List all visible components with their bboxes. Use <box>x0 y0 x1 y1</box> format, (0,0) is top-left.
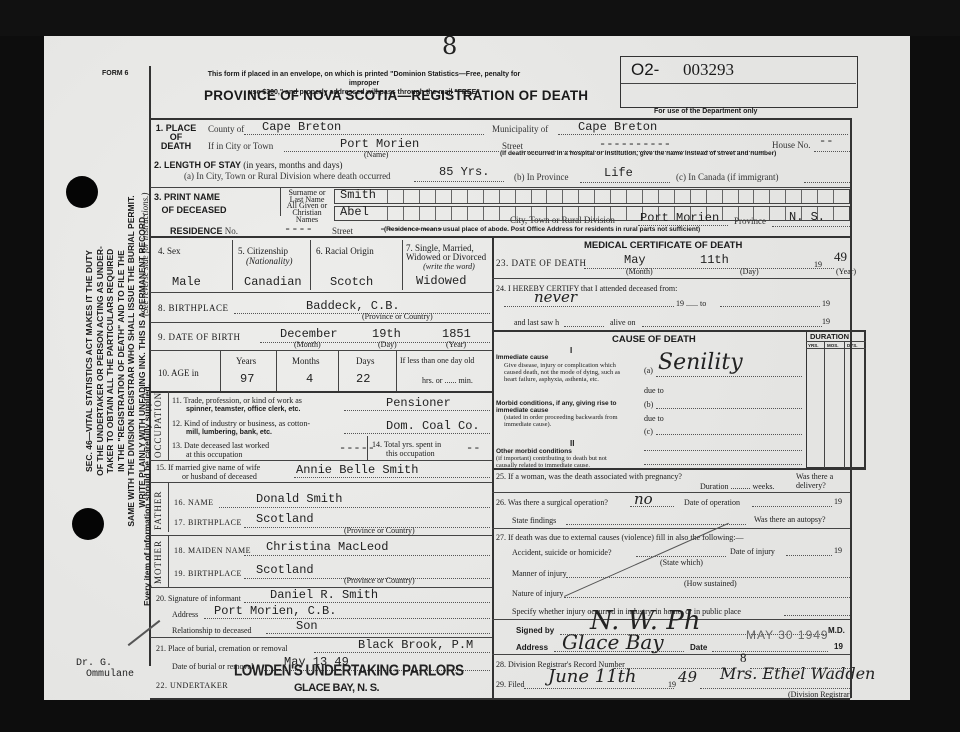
city-value: Port Morien <box>340 137 419 151</box>
hospital-note: (If death occurred in a hospital or inst… <box>500 150 776 157</box>
dob-day-value: 19th <box>372 327 401 341</box>
registration-number-box: O2- 003293 <box>620 56 858 108</box>
father-birthplace-value: Scotland <box>256 512 314 526</box>
undertaker-stamp: LOWDEN'S UNDERTAKING PARLORS <box>234 662 463 679</box>
municipality-value: Cape Breton <box>578 120 657 134</box>
dob-month-value: December <box>280 327 338 341</box>
age-months-value: 4 <box>306 372 313 386</box>
place-of-death-label: 1. PLACEOFDEATH <box>154 124 198 151</box>
last-worked-value: ----- <box>339 441 375 455</box>
industry-value: Dom. Coal Co. <box>386 419 480 433</box>
immediate-cause-value: Senility <box>658 350 743 375</box>
municipality-label: Municipality of <box>492 124 548 134</box>
sex-value: Male <box>172 275 201 289</box>
stay-city-value: 85 Yrs. <box>439 165 489 179</box>
registrar-signature: Mrs. Ethel Wadden <box>720 664 875 683</box>
mother-birthplace-value: Scotland <box>256 563 314 577</box>
dob-year-value: 1851 <box>442 327 471 341</box>
citizenship-value: Canadian <box>244 275 302 289</box>
check-mark <box>128 620 161 646</box>
informant-value: Daniel R. Smith <box>270 588 378 602</box>
dod-day-value: 11th <box>700 253 729 267</box>
house-value: -- <box>819 134 833 148</box>
father-name-value: Donald Smith <box>256 492 342 506</box>
medical-certificate-title: MEDICAL CERTIFICATE OF DEATH <box>584 240 742 251</box>
cause-of-death-title: CAUSE OF DEATH <box>612 334 696 345</box>
margin-note: Dr. G. Ommulane <box>76 658 134 680</box>
scan-top-edge <box>0 0 960 36</box>
residence-no-value: ---- <box>284 222 313 236</box>
marital-status-value: Widowed <box>416 274 466 288</box>
age-days-value: 22 <box>356 372 370 386</box>
supplied-note: Every item of information should be care… <box>142 384 152 606</box>
marital-status-label: 7. Single, Married, Widowed or Divorced … <box>406 244 492 271</box>
street-value: ---------- <box>599 137 671 151</box>
length-of-stay-label: 2. LENGTH OF STAY (in years, months and … <box>154 160 343 170</box>
filed-date-value: June 11th <box>548 666 637 687</box>
county-value: Cape Breton <box>262 120 341 134</box>
form-title: PROVINCE OF NOVA SCOTIA—REGISTRATION OF … <box>204 88 588 103</box>
statute-text: SEC. 46—VITAL STATISTICS ACT MAKES IT TH… <box>84 126 147 596</box>
residence-province-value: N. S. <box>789 210 825 224</box>
filed-year-value: 49 <box>678 668 697 686</box>
burial-place-value: Black Brook, P.M <box>358 638 473 652</box>
father-section-label: FATHER <box>153 491 163 530</box>
dod-month-value: May <box>624 253 646 267</box>
death-registration-form: 8 FORM 6 SEC. 46—VITAL STATISTICS ACT MA… <box>44 36 910 700</box>
surname-value: Smith <box>340 188 376 202</box>
relationship-value: Son <box>296 619 318 633</box>
duration-table <box>806 330 866 468</box>
city-label: If in City or Town <box>208 141 273 151</box>
racial-origin-value: Scotch <box>330 275 373 289</box>
given-name-value: Abel <box>340 205 369 219</box>
residence-label: RESIDENCE <box>170 226 223 236</box>
age-years-value: 97 <box>240 372 254 386</box>
registration-prefix: O2- <box>631 60 659 80</box>
dod-year-value: 49 <box>834 249 847 265</box>
occupation-section-label: OCCUPATION <box>153 392 163 458</box>
undertaker-stamp-city: GLACE BAY, N. S. <box>294 682 379 694</box>
print-name-label: 3. PRINT NAME OF DECEASED <box>154 191 227 217</box>
mother-maiden-value: Christina MacLeod <box>266 540 388 554</box>
total-years-value: -- <box>466 441 480 455</box>
residence-city-value: Port Morien <box>640 211 719 225</box>
informant-address-value: Port Morien, C.B. <box>214 604 336 618</box>
registration-number: 003293 <box>683 60 734 80</box>
page-number: 8 <box>442 32 457 60</box>
birthplace-value: Baddeck, C.B. <box>306 299 400 313</box>
county-label: County of <box>208 124 244 134</box>
date-stamp: MAY 30 1949 <box>746 628 829 642</box>
surname-boxes <box>334 189 850 204</box>
department-note: For use of the Department only <box>654 108 757 115</box>
certify-value: never <box>534 288 577 306</box>
mother-section-label: MOTHER <box>153 540 163 584</box>
spouse-value: Annie Belle Smith <box>296 463 418 477</box>
form-label: FORM 6 <box>102 70 128 77</box>
reverse-note: (See reverse side for instructions.) <box>140 193 150 316</box>
occupation-value: Pensioner <box>386 396 451 410</box>
stay-province-value: Life <box>604 166 633 180</box>
residence-note: (Residence means usual place of abode. P… <box>384 226 700 233</box>
